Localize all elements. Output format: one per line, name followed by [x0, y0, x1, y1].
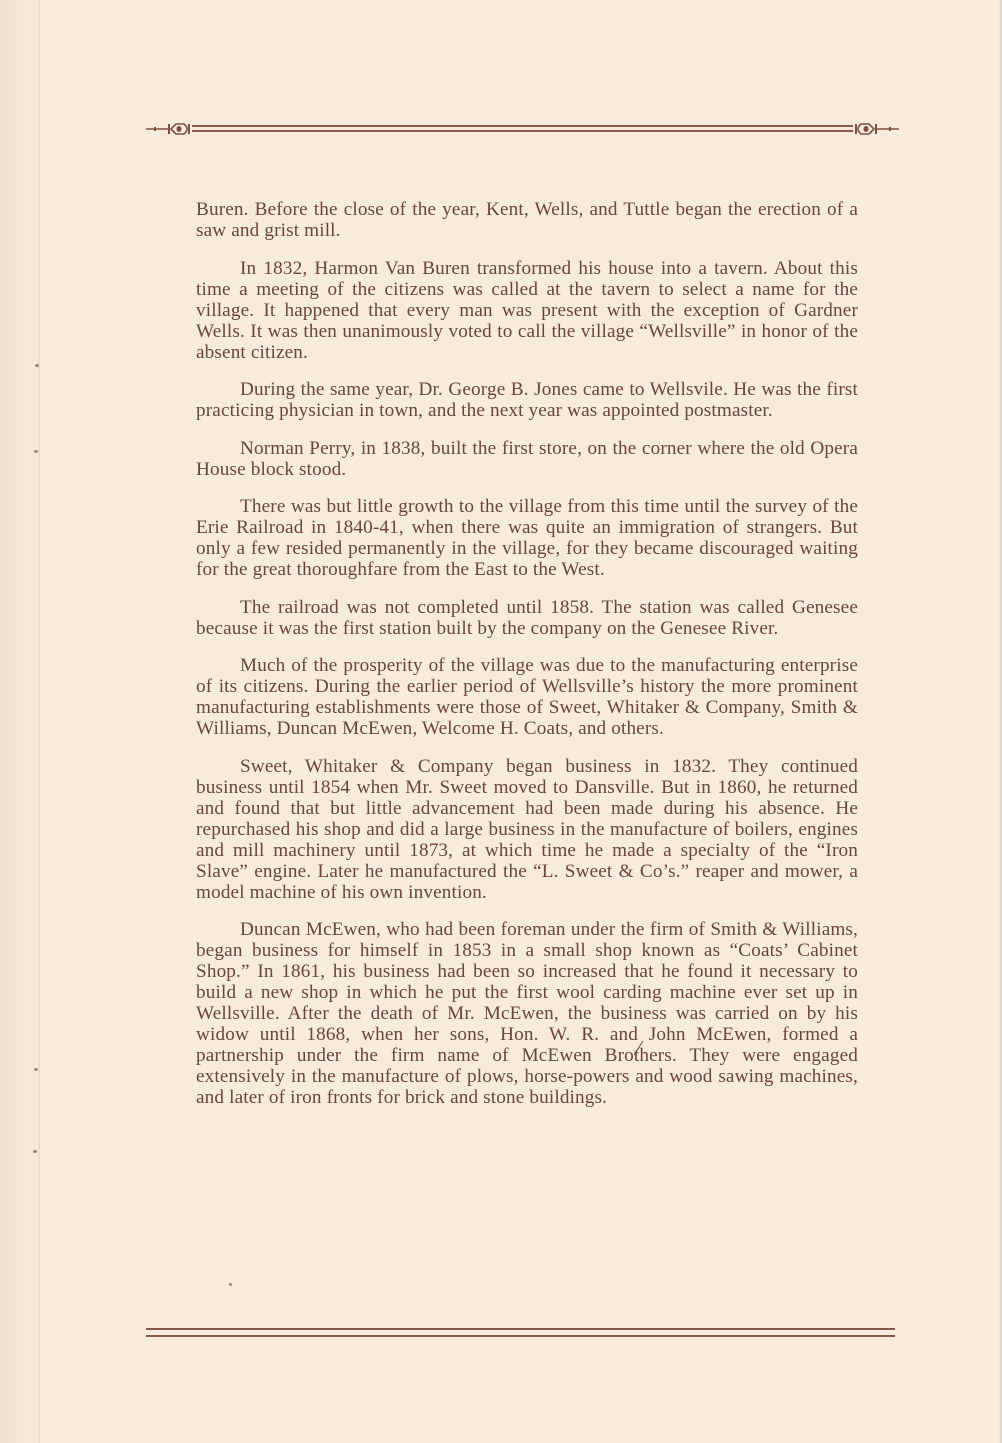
paper-speck: [229, 1283, 232, 1286]
paper-speck: [34, 1068, 38, 1071]
paragraph: Sweet, Whitaker & Company began business…: [196, 756, 858, 903]
page-fold-shadow: [38, 0, 40, 1443]
ornament-right-icon: [841, 121, 899, 137]
paragraph: During the same year, Dr. George B. Jone…: [196, 379, 858, 421]
ornament-left-icon: [146, 121, 204, 137]
paper-speck: [35, 364, 39, 367]
body-text: Buren. Before the close of the year, Ken…: [196, 199, 858, 1125]
paper-speck: [33, 1150, 37, 1153]
paragraph: Buren. Before the close of the year, Ken…: [196, 199, 858, 241]
double-rule-line: [202, 125, 843, 132]
document-page: Buren. Before the close of the year, Ken…: [0, 0, 1002, 1443]
top-ornamental-rule: [146, 121, 899, 137]
pen-mark-icon: [632, 1040, 644, 1056]
paragraph: In 1832, Harmon Van Buren transformed hi…: [196, 258, 858, 363]
paragraph: Norman Perry, in 1838, built the first s…: [196, 438, 858, 480]
bottom-double-rule: [146, 1328, 895, 1337]
paragraph: There was but little growth to the villa…: [196, 496, 858, 580]
paragraph: Much of the prosperity of the village wa…: [196, 655, 858, 739]
paragraph: Duncan McEwen, who had been foreman unde…: [196, 919, 858, 1108]
paper-speck: [34, 450, 38, 453]
paragraph: The railroad was not completed until 185…: [196, 597, 858, 639]
